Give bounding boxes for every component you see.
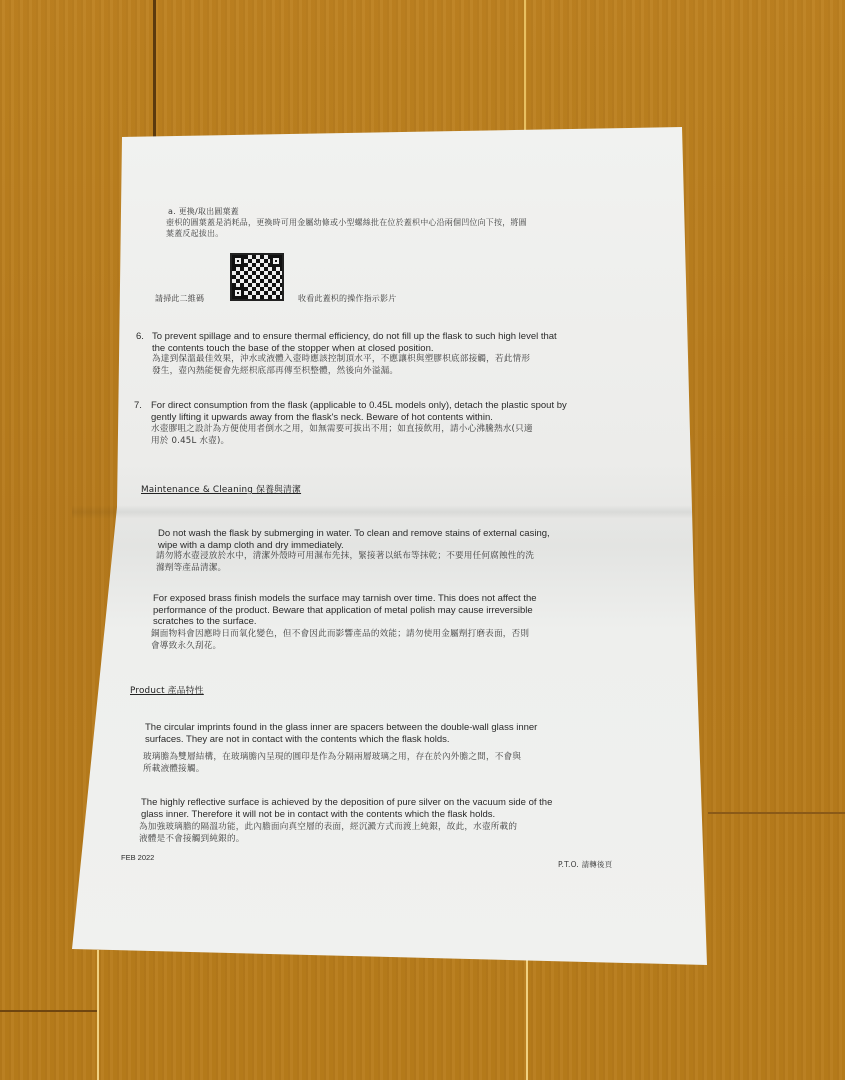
product-p2-en: The highly reflective surface is achieve… (141, 797, 552, 820)
item-6-text-cn: 為達到保溫最佳效果，沖水或液體入壺時應該控制頂水平，不應讓枳與塑膠枳底部接觸，若… (152, 354, 530, 377)
item-7-text-cn: 水壺膠咀之設計為方便使用者倒水之用，如無需要可拔出不用；如直接飲用，請小心沸騰熱… (151, 424, 533, 447)
item-6-number: 6. (136, 331, 144, 343)
maintenance-heading: Maintenance & Cleaning 保養與清潔 (141, 485, 301, 497)
product-p2-cn: 為加強玻璃膽的隔溫功能，此內膽面向真空層的表面，經沉澱方式而渡上純銀，故此，水壺… (139, 822, 517, 845)
maintenance-p2-cn: 銅面物料會因應時日而氧化變色，但不會因此而影響產品的效能；請勿使用金屬劑打磨表面… (151, 629, 529, 652)
floor-seam (708, 812, 845, 814)
floor-seam (524, 0, 526, 140)
floor-seam (526, 960, 528, 1080)
section-a-text: 壺枳的圓葉蓋是消耗品，更換時可用金屬幼條或小型螺絲批在位於蓋枳中心沿兩個凹位向下… (166, 217, 527, 239)
maintenance-p1-en: Do not wash the flask by submerging in w… (158, 528, 550, 551)
qr-prompt-left: 請掃此二維碼 (155, 293, 204, 305)
maintenance-p1-cn: 請勿將水壺浸放於水中，清潔外殼時可用濕布先抹，緊接著以紙布等抹乾；不要用任何腐蝕… (156, 551, 534, 574)
paper-fold-crease (72, 505, 692, 519)
floor-seam (0, 1010, 97, 1012)
item-7-number: 7. (134, 400, 142, 412)
floor-seam (153, 0, 156, 140)
item-7-text-en: For direct consumption from the flask (a… (151, 400, 567, 423)
product-heading: Product 產品特性 (130, 686, 204, 698)
product-p1-cn: 玻璃膽為雙層結構，在玻璃膽內呈現的圓印是作為分隔兩層玻璃之用，存在於內外膽之間，… (143, 752, 521, 775)
maintenance-p2-en: For exposed brass finish models the surf… (153, 593, 537, 628)
qr-prompt-right: 收看此蓋枳的操作指示影片 (298, 293, 396, 305)
section-a-label: a. 更換/取出圓葉蓋 (168, 206, 239, 218)
document-date: FEB 2022 (121, 852, 154, 864)
qr-code-icon[interactable] (230, 253, 284, 301)
product-p1-en: The circular imprints found in the glass… (145, 722, 537, 745)
item-6-text-en: To prevent spillage and to ensure therma… (152, 331, 557, 354)
floor-seam (97, 950, 99, 1080)
please-turn-over: P.T.O. 請轉後頁 (558, 859, 612, 871)
